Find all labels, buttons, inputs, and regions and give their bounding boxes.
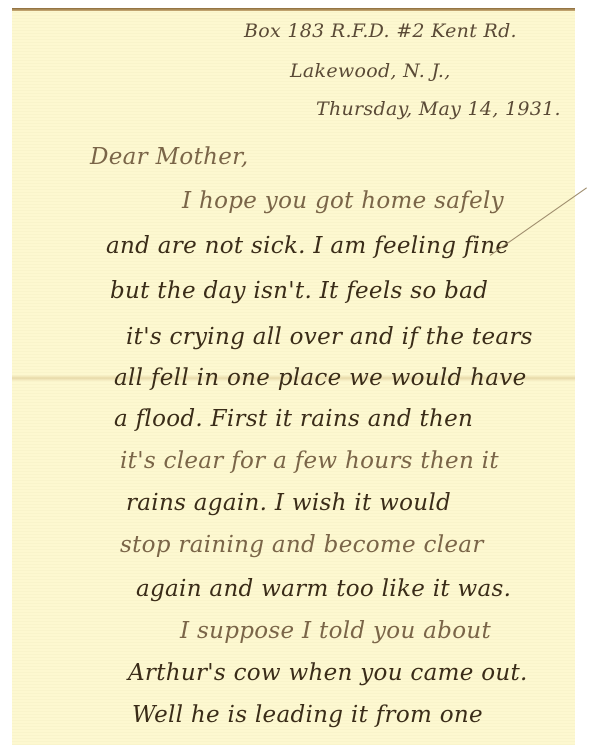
letter-line-10: again and warm too like it was. xyxy=(136,576,511,602)
letter-line-7: it's clear for a few hours then it xyxy=(120,448,499,474)
address-line: Box 183 R.F.D. #2 Kent Rd. xyxy=(244,20,517,42)
letter-page: Box 183 R.F.D. #2 Kent Rd. Lakewood, N. … xyxy=(12,8,575,745)
letter-line-4: it's crying all over and if the tears xyxy=(126,324,533,350)
salutation: Dear Mother, xyxy=(90,144,249,170)
letter-line-11: I suppose I told you about xyxy=(180,618,491,644)
letter-line-9: stop raining and become clear xyxy=(120,532,484,558)
scanned-letter: Box 183 R.F.D. #2 Kent Rd. Lakewood, N. … xyxy=(0,0,605,750)
paper-top-edge xyxy=(12,8,575,11)
date-line: Thursday, May 14, 1931. xyxy=(316,98,561,120)
letter-line-6: a flood. First it rains and then xyxy=(114,406,473,432)
letter-line-13: Well he is leading it from one xyxy=(132,702,483,728)
letter-line-1: I hope you got home safely xyxy=(182,188,504,214)
letter-line-5: all fell in one place we would have xyxy=(114,365,527,391)
city-line: Lakewood, N. J., xyxy=(290,60,451,82)
letter-line-8: rains again. I wish it would xyxy=(126,490,451,516)
letter-line-3: but the day isn't. It feels so bad xyxy=(110,278,488,304)
letter-line-12: Arthur's cow when you came out. xyxy=(128,660,528,686)
letter-line-2: and are not sick. I am feeling fine xyxy=(106,233,509,259)
